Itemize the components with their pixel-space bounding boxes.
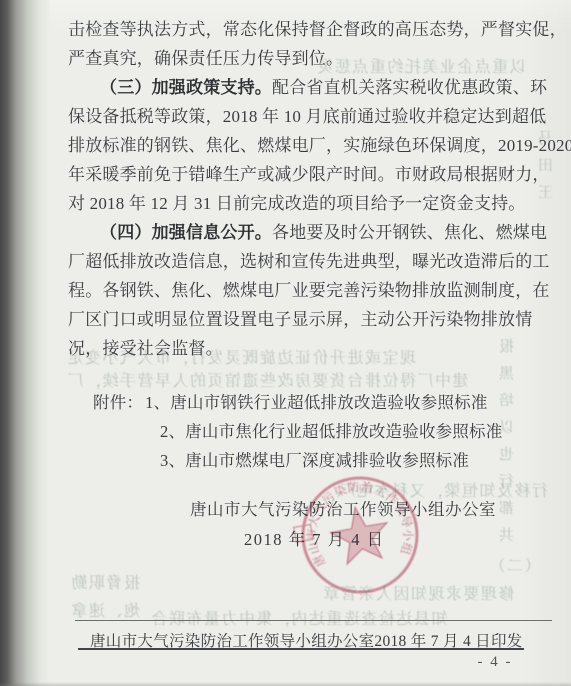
body-text-line: 厂区门口或明显位置设置电子显示屏，主动公开污染物排放情 [68,305,542,334]
signature-organization: 唐山市大气污染防治工作领导小组办公室 [190,496,480,520]
body-text-segment: 对 2018 年 12 月 31 日前完成改造的项目给予一定资金支持。 [68,194,526,213]
body-text-segment: 年采暖季前免于错峰生产或减少限产时间。市财政局根据财力， [68,165,550,184]
attachment-item: 2、唐山市焦化行业超低排放改造验收参照标准 [93,417,513,446]
attachment-item: 3、唐山市燃煤电厂深度减排验收参照标准 [93,446,513,475]
body-text-segment: 严查真究，确保责任压力传导到位。 [68,49,343,68]
footer-top-rule [75,620,552,621]
body-text-line: 厂超低排放改造信息，选树和宣传先进典型，曝光改造滞后的工 [68,247,542,276]
body-text-segment: 配合省直机关落实税收优惠政策、环 [272,78,547,97]
body-text-segment: 保设备抵税等政策，2018 年 10 月底前通过验收并稳定达到超低 [68,107,546,126]
attachment-item-text: 2、唐山市焦化行业超低排放改造验收参照标准 [160,422,502,441]
document-body-text: 击检查等执法方式，常态化保持督企督政的高压态势，严督实促，严查真究，确保责任压力… [68,15,542,363]
page-number: - 4 - [470,654,520,671]
body-text-segment: 击检查等执法方式，常态化保持督企督政的高压态势，严督实促， [68,20,567,39]
body-text-line: 保设备抵税等政策，2018 年 10 月底前通过验收并稳定达到超低 [68,102,542,131]
body-text-line: 程。各钢铁、焦化、燃煤电厂业要完善污染物排放监测制度，在 [68,276,542,305]
body-text-segment: 厂超低排放改造信息，选树和宣传先进典型，曝光改造滞后的工 [68,252,550,271]
bleed-through-text: 知县达检查选重达内，集中力量布联合 [150,606,448,629]
body-text-line: （四）加强信息公开。各地要及时公开钢铁、焦化、燃煤电 [68,218,542,247]
bleed-through-text: 炮、速拿 [70,598,140,621]
attachment-item-text: 3、唐山市燃煤电厂深度减排验收参照标准 [160,451,469,470]
body-text-line: 排放标准的钢铁、焦化、燃煤电厂，实施绿色环保调度，2019-2020 [68,131,542,160]
body-text-segment: 厂区门口或明显位置设置电子显示屏，主动公开污染物排放情 [68,310,532,329]
body-text-segment: 程。各钢铁、焦化、燃煤电厂业要完善污染物排放监测制度，在 [68,281,550,300]
body-text-line: 对 2018 年 12 月 31 日前完成改造的项目给予一定资金支持。 [68,189,542,218]
attachments-label: 附件： [93,393,143,412]
section-heading: （四）加强信息公开。 [100,223,272,242]
body-text-segment: 各地要及时公开钢铁、焦化、燃煤电 [272,223,547,242]
section-heading: （三）加强政策支持。 [100,78,272,97]
attachment-item-text: 1、唐山市钢铁行业超低排放改造验收参照标准 [145,393,487,412]
body-text-segment: 况，接受社会监督。 [68,339,223,358]
bleed-through-text: 报脅职勤 [70,570,140,593]
scan-edge-bottom [0,682,571,686]
bleed-through-text: 修理要求现知因人亲管章 [322,581,515,604]
attachment-list: 附件：1、唐山市钢铁行业超低排放改造验收参照标准2、唐山市焦化行业超低排放改造验… [93,388,513,475]
body-text-line: 况，接受社会监督。 [68,334,542,363]
body-text-line: 年采暖季前免于错峰生产或减少限产时间。市财政局根据财力， [68,160,542,189]
body-text-line: 击检查等执法方式，常态化保持督企督政的高压态势，严督实促， [68,15,542,44]
body-text-segment: 排放标准的钢铁、焦化、燃煤电厂，实施绿色环保调度，2019-2020 [68,136,571,155]
signature-date: 2018 年 7 月 4 日 [244,526,385,550]
scan-edge-left [0,0,50,686]
body-text-line: 严查真究，确保责任压力传导到位。 [68,44,542,73]
attachment-item: 附件：1、唐山市钢铁行业超低排放改造验收参照标准 [93,388,513,417]
bleed-through-text: （二） [488,553,541,576]
footer-bottom-rule [78,648,524,650]
body-text-line: （三）加强政策支持。配合省直机关落实税收优惠政策、环 [68,73,542,102]
